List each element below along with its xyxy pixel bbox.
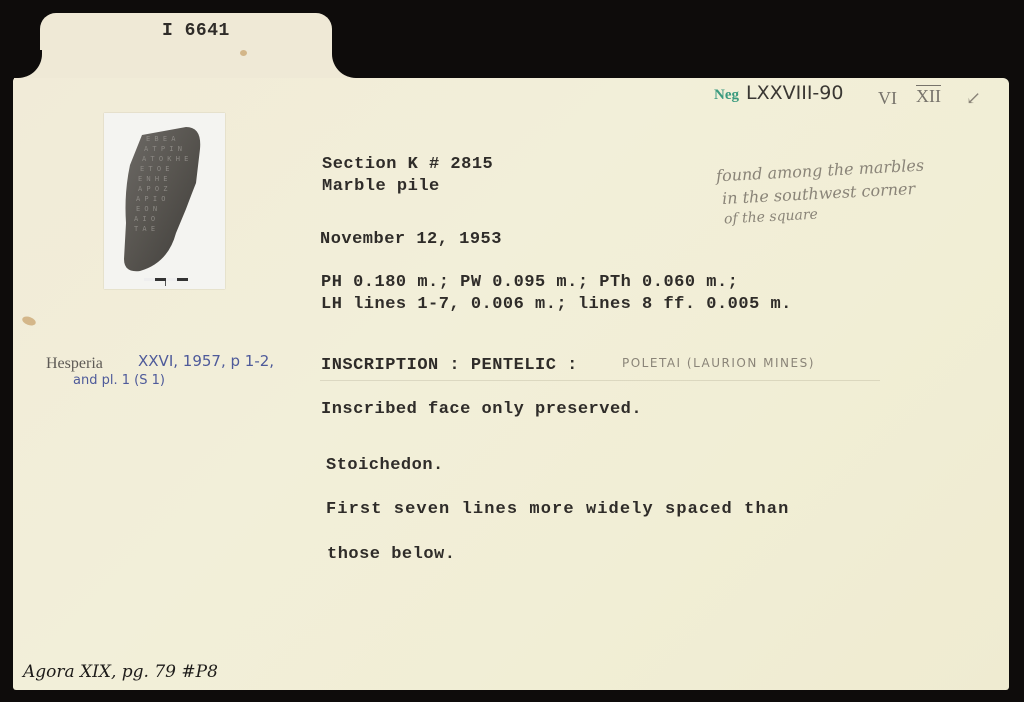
negative-mark-1: VI <box>878 88 897 109</box>
svg-text:E O N: E O N <box>136 205 157 213</box>
agora-reference: Agora XIX, pg. 79 #P8 <box>23 664 218 681</box>
findspot-context: Marble pile <box>322 178 440 195</box>
svg-text:E T O E: E T O E <box>140 165 170 173</box>
check-mark-icon: ↙ <box>966 90 981 108</box>
negative-mark-2: XII <box>916 86 941 107</box>
svg-text:E B E A: E B E A <box>146 135 176 143</box>
stain-mark <box>240 50 247 56</box>
hesperia-label: Hesperia <box>46 356 103 372</box>
description-line-3: First seven lines more widely spaced tha… <box>326 501 789 518</box>
description-line-2: Stoichedon. <box>326 457 444 474</box>
svg-text:T A E: T A E <box>134 225 155 233</box>
description-line-4: those below. <box>327 546 455 563</box>
hesperia-plate-reference: and pl. 1 (S 1) <box>73 374 165 387</box>
find-date: November 12, 1953 <box>320 231 502 248</box>
findspot-section: Section K # 2815 <box>322 156 493 173</box>
hesperia-reference: XXVI, 1957, p 1-2, <box>138 354 274 369</box>
material-handwritten: POLETAI (LAURION MINES) <box>622 357 815 369</box>
svg-text:A I O: A I O <box>134 215 155 223</box>
description-line-1: Inscribed face only preserved. <box>321 401 642 418</box>
dimensions-line-1: PH 0.180 m.; PW 0.095 m.; PTh 0.060 m.; <box>321 274 738 291</box>
negative-stamp: Neg <box>714 87 739 104</box>
svg-text:A T O K H E: A T O K H E <box>142 155 188 163</box>
material-typed: INSCRIPTION : PENTELIC : <box>321 357 578 374</box>
divider <box>320 380 880 381</box>
svg-text:A T P I N: A T P I N <box>144 145 182 153</box>
inventory-number: I 6641 <box>162 22 230 40</box>
svg-text:E N H E: E N H E <box>138 175 168 183</box>
fragment-photo: E B E A A T P I N A T O K H E E T O E E … <box>104 113 225 289</box>
inscribed-stone-image: E B E A A T P I N A T O K H E E T O E E … <box>104 113 225 289</box>
dimensions-line-2: LH lines 1-7, 0.006 m.; lines 8 ff. 0.00… <box>321 296 792 313</box>
negative-number: LXXVIII-90 <box>746 84 843 103</box>
svg-text:A P O Z: A P O Z <box>138 185 168 193</box>
svg-text:A P I O: A P I O <box>136 195 166 203</box>
